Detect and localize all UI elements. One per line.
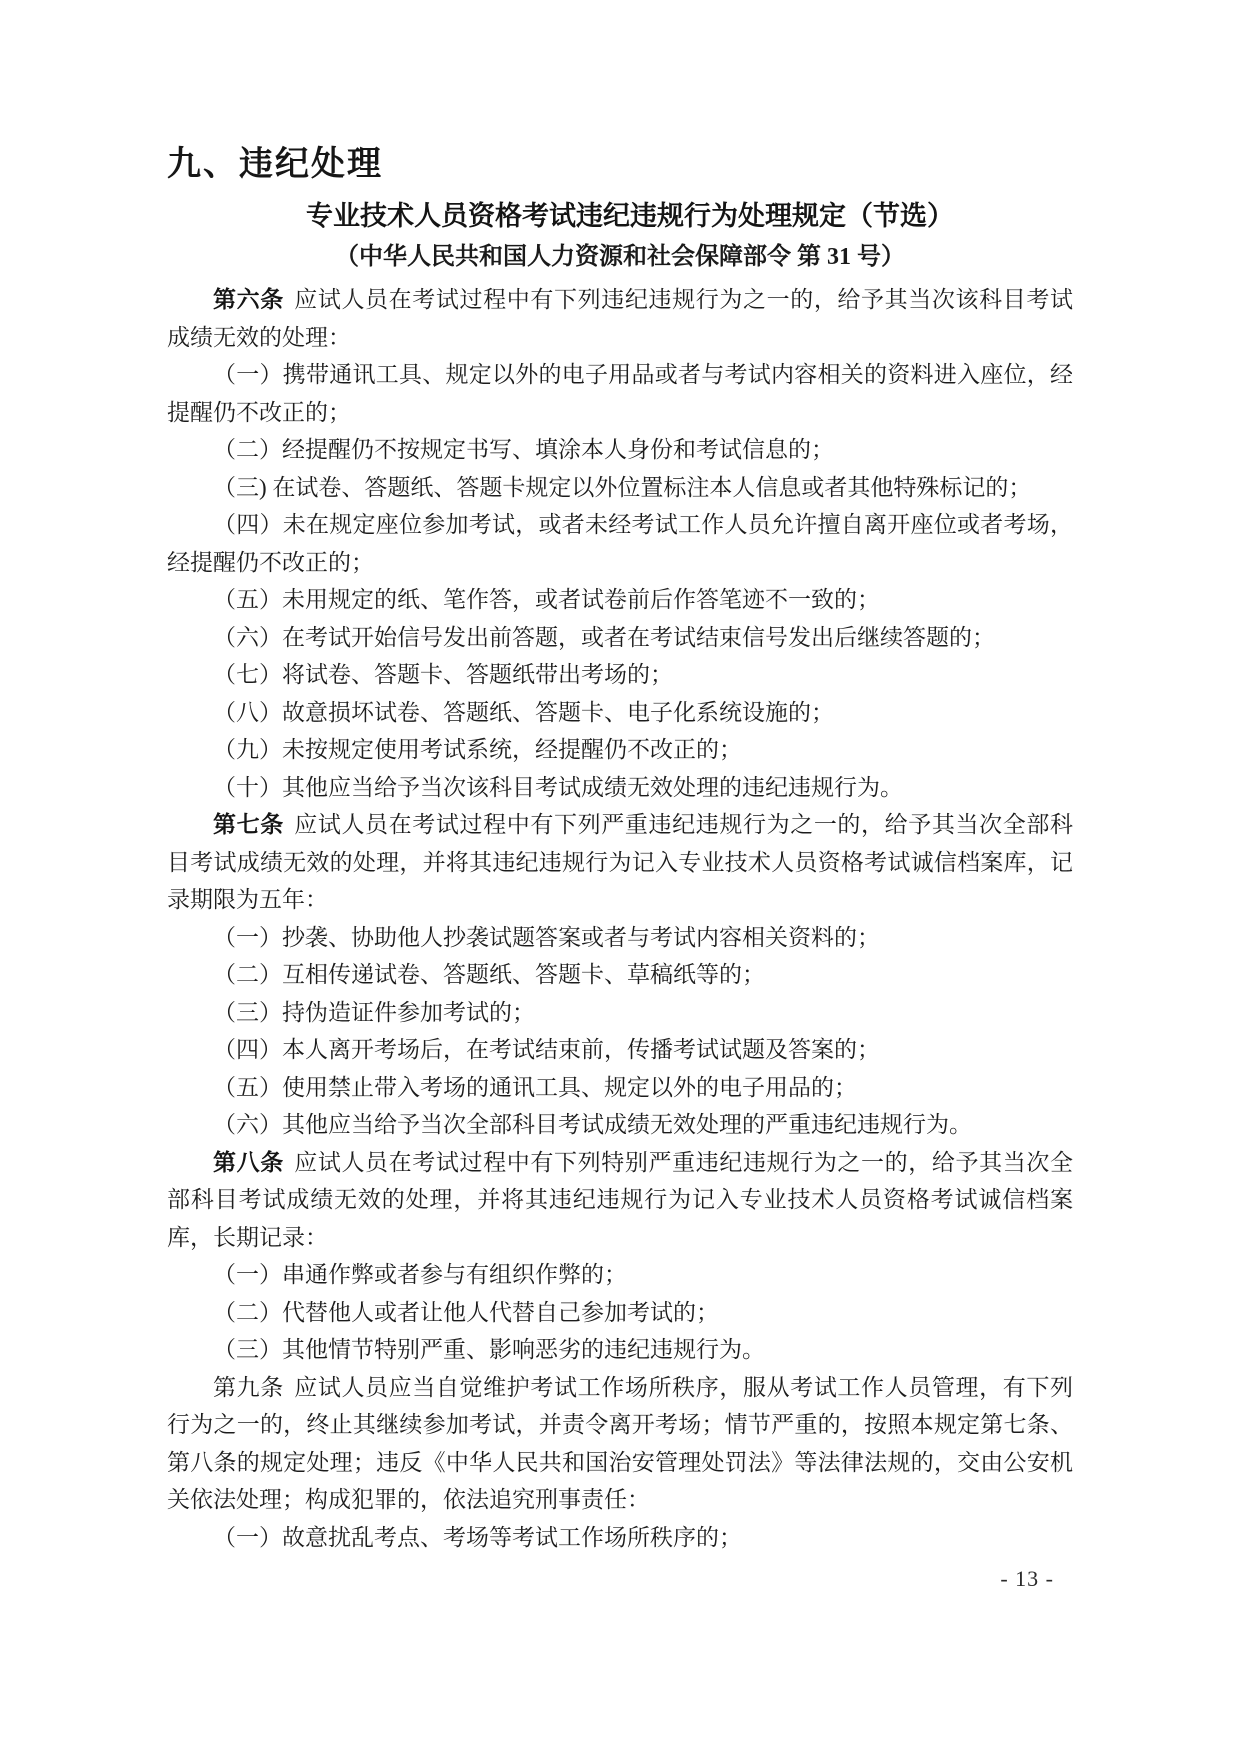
paragraph-text: （一）抄袭、协助他人抄袭试题答案或者与考试内容相关资料的； <box>213 925 880 950</box>
page-number: - 13 - <box>1000 1566 1054 1592</box>
paragraph-text: （三）持伪造证件参加考试的； <box>213 1000 535 1025</box>
paragraph: （八）故意损坏试卷、答题纸、答题卡、电子化系统设施的； <box>167 694 1073 732</box>
paragraph: （四）未在规定座位参加考试，或者未经考试工作人员允许擅自离开座位或者考场，经提醒… <box>167 506 1073 581</box>
paragraph: （三) 在试卷、答题纸、答题卡规定以外位置标注本人信息或者其他特殊标记的； <box>167 469 1073 507</box>
paragraph-text: （一）携带通讯工具、规定以外的电子用品或者与考试内容相关的资料进入座位，经提醒仍… <box>167 362 1073 425</box>
paragraph-text: （四）未在规定座位参加考试，或者未经考试工作人员允许擅自离开座位或者考场，经提醒… <box>167 512 1073 575</box>
paragraph: （七）将试卷、答题卡、答题纸带出考场的； <box>167 656 1073 694</box>
paragraph: 第七条应试人员在考试过程中有下列严重违纪违规行为之一的，给予其当次全部科目考试成… <box>167 806 1073 919</box>
paragraph-text: （五）未用规定的纸、笔作答，或者试卷前后作答笔迹不一致的； <box>213 587 880 612</box>
paragraph-text: （八）故意损坏试卷、答题纸、答题卡、电子化系统设施的； <box>213 700 834 725</box>
paragraph-text: 应试人员在考试过程中有下列严重违纪违规行为之一的，给予其当次全部科目考试成绩无效… <box>167 812 1073 912</box>
paragraph: （二）互相传递试卷、答题纸、答题卡、草稿纸等的； <box>167 956 1073 994</box>
paragraph-text: （三）其他情节特别严重、影响恶劣的违纪违规行为。 <box>213 1337 765 1362</box>
paragraph-text: （六）其他应当给予当次全部科目考试成绩无效处理的严重违纪违规行为。 <box>213 1112 972 1137</box>
paragraph: （二）代替他人或者让他人代替自己参加考试的； <box>167 1294 1073 1332</box>
doc-source: （中华人民共和国人力资源和社会保障部令 第 31 号） <box>90 242 1150 272</box>
paragraph: （三）持伪造证件参加考试的； <box>167 994 1073 1032</box>
paragraph: （六）在考试开始信号发出前答题，或者在考试结束信号发出后继续答题的； <box>167 619 1073 657</box>
paragraph-text: 应试人员在考试过程中有下列违纪违规行为之一的，给予其当次该科目考试成绩无效的处理… <box>167 287 1073 350</box>
paragraph: （一）携带通讯工具、规定以外的电子用品或者与考试内容相关的资料进入座位，经提醒仍… <box>167 356 1073 431</box>
doc-title: 专业技术人员资格考试违纪违规行为处理规定（节选） <box>110 200 1150 233</box>
paragraph: （一）串通作弊或者参与有组织作弊的； <box>167 1256 1073 1294</box>
paragraph-text: （一）串通作弊或者参与有组织作弊的； <box>213 1262 627 1287</box>
paragraph-text: （九）未按规定使用考试系统，经提醒仍不改正的； <box>213 737 742 762</box>
paragraph: （一）抄袭、协助他人抄袭试题答案或者与考试内容相关资料的； <box>167 919 1073 957</box>
section-heading: 九、违纪处理 <box>167 0 1073 187</box>
paragraph-text: （四）本人离开考场后，在考试结束前，传播考试试题及答案的； <box>213 1037 880 1062</box>
paragraph: （九）未按规定使用考试系统，经提醒仍不改正的； <box>167 731 1073 769</box>
paragraph: （六）其他应当给予当次全部科目考试成绩无效处理的严重违纪违规行为。 <box>167 1106 1073 1144</box>
clause-label: 第七条 <box>213 811 284 837</box>
paragraph: 第六条应试人员在考试过程中有下列违纪违规行为之一的，给予其当次该科目考试成绩无效… <box>167 281 1073 356</box>
paragraph: （三）其他情节特别严重、影响恶劣的违纪违规行为。 <box>167 1331 1073 1369</box>
paragraph-text: 应试人员应当自觉维护考试工作场所秩序，服从考试工作人员管理，有下列行为之一的，终… <box>167 1375 1073 1513</box>
clause-label: 第八条 <box>213 1149 284 1175</box>
paragraph-text: （六）在考试开始信号发出前答题，或者在考试结束信号发出后继续答题的； <box>213 625 995 650</box>
paragraph: （十）其他应当给予当次该科目考试成绩无效处理的违纪违规行为。 <box>167 769 1073 807</box>
paragraph: （四）本人离开考场后，在考试结束前，传播考试试题及答案的； <box>167 1031 1073 1069</box>
paragraph-text: （二）代替他人或者让他人代替自己参加考试的； <box>213 1300 719 1325</box>
paragraph: 第九条应试人员应当自觉维护考试工作场所秩序，服从考试工作人员管理，有下列行为之一… <box>167 1369 1073 1519</box>
paragraph: （二）经提醒仍不按规定书写、填涂本人身份和考试信息的； <box>167 431 1073 469</box>
paragraph: （一）故意扰乱考点、考场等考试工作场所秩序的； <box>167 1519 1073 1557</box>
clause-label: 第六条 <box>213 286 284 312</box>
paragraph-text: （七）将试卷、答题卡、答题纸带出考场的； <box>213 662 673 687</box>
paragraph: （五）使用禁止带入考场的通讯工具、规定以外的电子用品的； <box>167 1069 1073 1107</box>
paragraph: 第八条应试人员在考试过程中有下列特别严重违纪违规行为之一的，给予其当次全部科目考… <box>167 1144 1073 1257</box>
paragraph-text: （二）经提醒仍不按规定书写、填涂本人身份和考试信息的； <box>213 437 834 462</box>
document-body: 第六条应试人员在考试过程中有下列违纪违规行为之一的，给予其当次该科目考试成绩无效… <box>167 281 1073 1556</box>
clause-label: 第九条 <box>213 1375 284 1400</box>
paragraph: （五）未用规定的纸、笔作答，或者试卷前后作答笔迹不一致的； <box>167 581 1073 619</box>
paragraph-text: （三) 在试卷、答题纸、答题卡规定以外位置标注本人信息或者其他特殊标记的； <box>213 475 1031 500</box>
document-page: 九、违纪处理 专业技术人员资格考试违纪违规行为处理规定（节选） （中华人民共和国… <box>0 0 1240 1754</box>
paragraph-text: 应试人员在考试过程中有下列特别严重违纪违规行为之一的，给予其当次全部科目考试成绩… <box>167 1150 1073 1250</box>
paragraph-text: （十）其他应当给予当次该科目考试成绩无效处理的违纪违规行为。 <box>213 775 903 800</box>
paragraph-text: （五）使用禁止带入考场的通讯工具、规定以外的电子用品的； <box>213 1075 857 1100</box>
paragraph-text: （一）故意扰乱考点、考场等考试工作场所秩序的； <box>213 1525 742 1550</box>
paragraph-text: （二）互相传递试卷、答题纸、答题卡、草稿纸等的； <box>213 962 765 987</box>
